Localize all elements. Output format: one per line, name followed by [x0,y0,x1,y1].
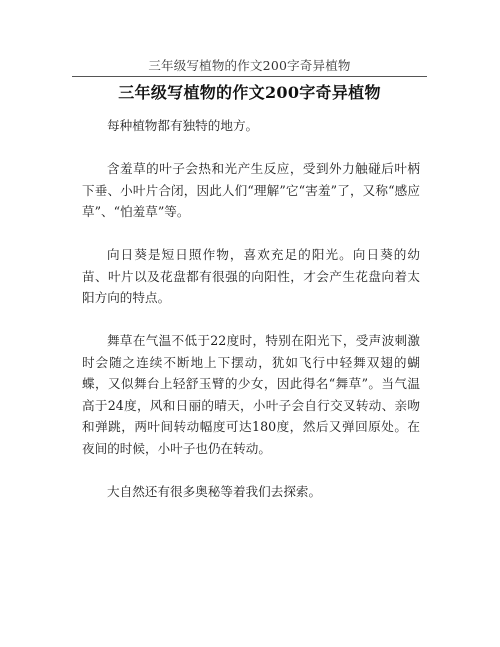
document-title: 三年级写植物的作文200字奇异植物 [72,80,427,103]
paragraph-conclusion: 大自然还有很多奥秘等着我们去探索。 [82,481,420,503]
paragraph-mimosa: 含羞草的叶子会热和光产生反应，受到外力触碰后叶柄下垂、小叶片合闭，因此人们“理解… [82,158,420,223]
paragraph-intro: 每种植物都有独特的地方。 [82,115,420,137]
paragraph-sunflower: 向日葵是短日照作物，喜欢充足的阳光。向日葵的幼苗、叶片以及花盘都有很强的向阳性，… [82,244,420,309]
paragraph-dancing-grass: 舞草在气温不低于22度时，特别在阳光下，受声波刺激时会随之连续不断地上下摆动，犹… [82,330,420,459]
document-body: 每种植物都有独特的地方。 含羞草的叶子会热和光产生反应，受到外力触碰后叶柄下垂、… [82,115,420,524]
running-header: 三年级写植物的作文200字奇异植物 [72,56,427,74]
header-divider [72,76,427,77]
